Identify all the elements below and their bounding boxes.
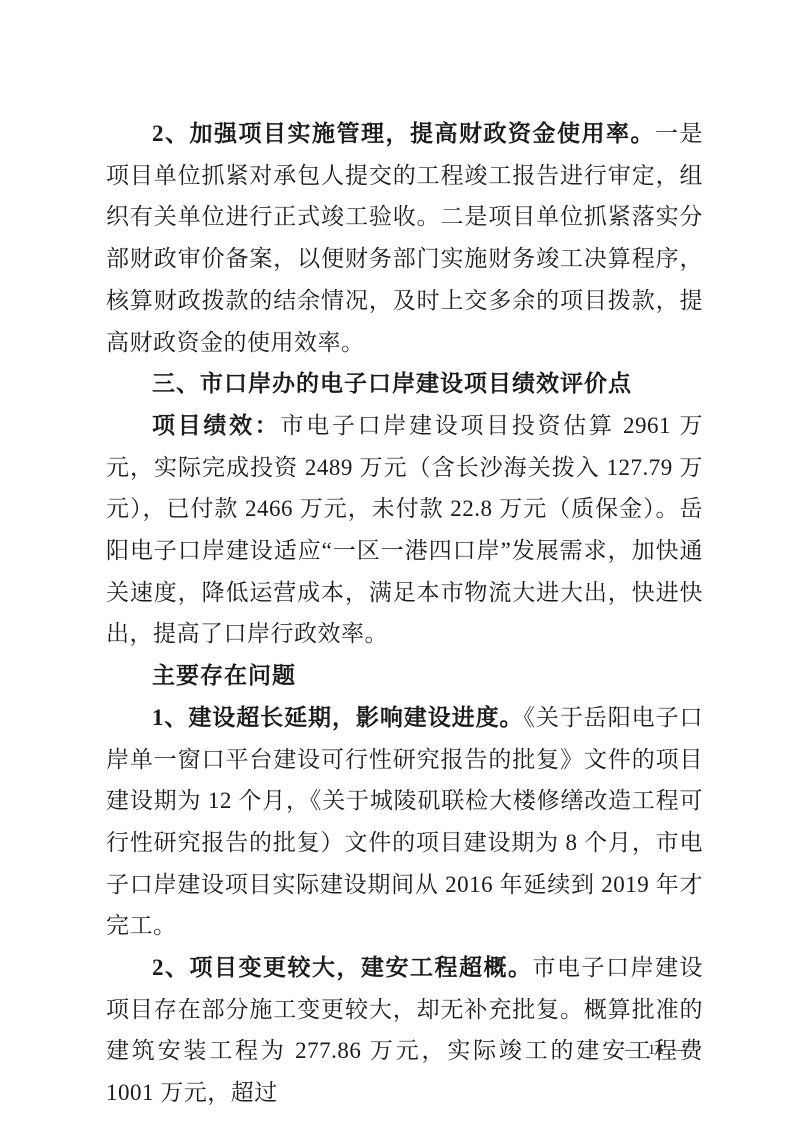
paragraph-lead-bold: 1、建设超长延期，影响建设进度。 xyxy=(152,705,523,730)
paragraph-text: 市电子口岸建设项目投资估算 2961 万元，实际完成投资 2489 万元（含长沙… xyxy=(106,413,703,647)
paragraph-lead-bold: 项目绩效： xyxy=(152,413,281,438)
paragraph-issue-2-project-changes: 2、项目变更较大，建安工程超概。市电子口岸建设项目存在部分施工变更较大，却无补充… xyxy=(106,947,703,1114)
paragraph-project-implementation: 2、加强项目实施管理，提高财政资金使用率。一是项目单位抓紧对承包人提交的工程竣工… xyxy=(106,113,703,363)
heading-main-problems: 主要存在问题 xyxy=(106,655,703,697)
paragraph-text: 一是项目单位抓紧对承包人提交的工程竣工报告进行审定，组织有关单位进行正式竣工验收… xyxy=(106,121,703,355)
paragraph-lead-bold: 2、加强项目实施管理，提高财政资金使用率。 xyxy=(152,121,655,146)
document-page: 2、加强项目实施管理，提高财政资金使用率。一是项目单位抓紧对承包人提交的工程竣工… xyxy=(0,0,793,1122)
page-number: — 11 — xyxy=(625,1040,689,1060)
paragraph-issue-1-construction-delay: 1、建设超长延期，影响建设进度。《关于岳阳电子口岸单一窗口平台建设可行性研究报告… xyxy=(106,697,703,947)
paragraph-text: 《关于岳阳电子口岸单一窗口平台建设可行性研究报告的批复》文件的项目建设期为 12… xyxy=(106,705,703,939)
paragraph-lead-bold: 2、项目变更较大，建安工程超概。 xyxy=(152,955,533,980)
document-body: 2、加强项目实施管理，提高财政资金使用率。一是项目单位抓紧对承包人提交的工程竣工… xyxy=(106,113,703,1114)
heading-section-three: 三、市口岸办的电子口岸建设项目绩效评价点 xyxy=(106,363,703,405)
paragraph-project-performance: 项目绩效：市电子口岸建设项目投资估算 2961 万元，实际完成投资 2489 万… xyxy=(106,405,703,655)
